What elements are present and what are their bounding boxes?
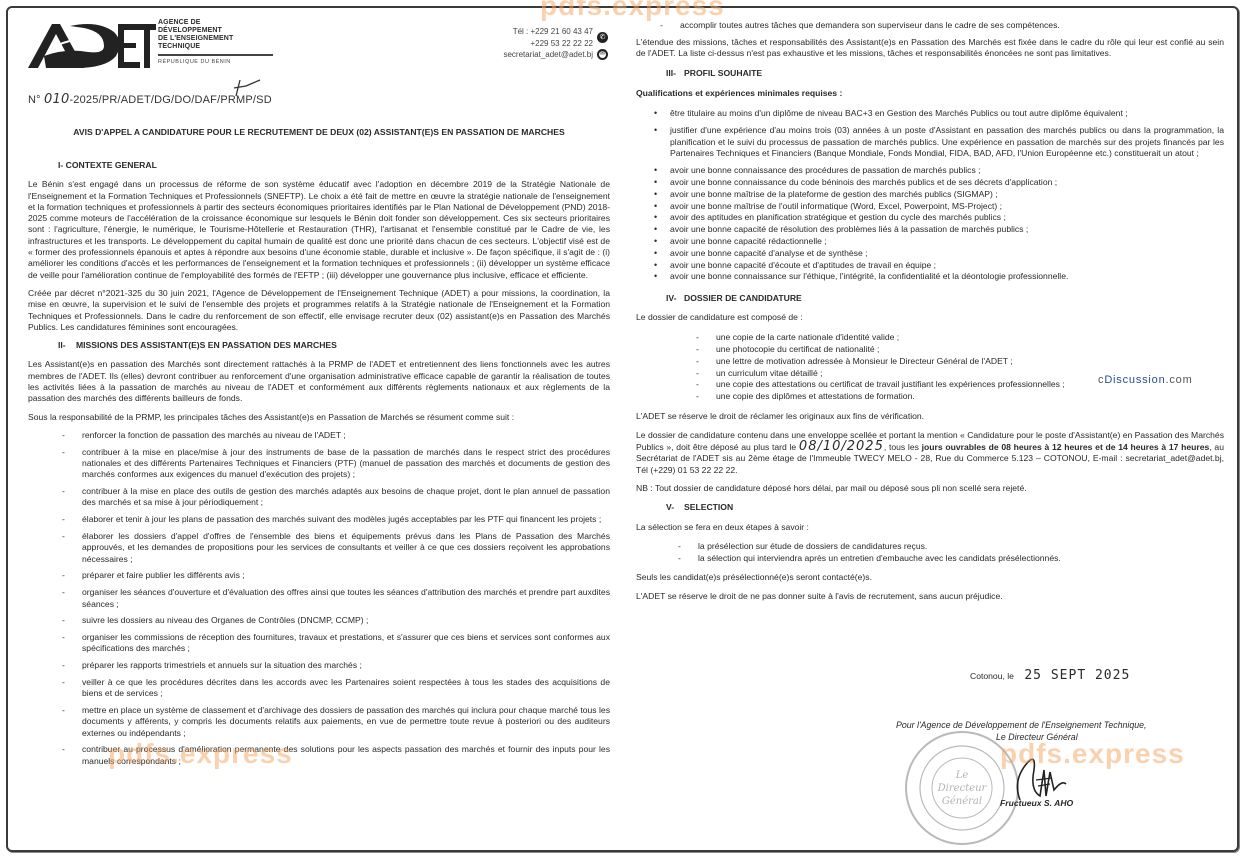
deposit-text-b: , tous les (884, 442, 919, 452)
watermark-left: pdfs.express (108, 738, 293, 770)
selection-item: la présélection sur étude de dossiers de… (678, 541, 1224, 552)
deposit-hours: jours ouvrables de 08 heures à 12 heures… (922, 442, 1210, 452)
qualification-item: avoir une bonne maîtrise de la plateform… (654, 189, 1224, 200)
qualification-item: être titulaire au moins d'un diplôme de … (654, 108, 1224, 119)
task-item: élaborer les dossiers d'appel d'offres d… (62, 531, 610, 565)
qualifications-subheading: Qualifications et expériences minimales … (636, 88, 1224, 99)
contact-note: Seuls les candidat(e)s présélectionné(e)… (636, 572, 1224, 583)
contact-phone-row: Tél : +229 21 60 43 47+229 53 22 22 22 ✆ (0, 26, 608, 49)
reference-prefix: N° (28, 94, 41, 106)
task-item: suivre les dossiers au niveau des Organe… (62, 615, 610, 626)
cdisc-main: Discussion (1104, 374, 1165, 386)
task-item: préparer et faire publier les différents… (62, 570, 610, 581)
section-1-number: I- (58, 160, 63, 170)
qualification-item: justifier d'une expérience d'au moins tr… (654, 125, 1224, 159)
section-2-number: II- (58, 340, 76, 351)
section-2-heading: II-MISSIONS DES ASSISTANT(E)S EN PASSATI… (58, 340, 610, 351)
watermark-right: pdfs.express (1000, 738, 1185, 770)
signature-date-stamp: 25 SEPT 2025 (1024, 668, 1130, 683)
originals-note: L'ADET se réserve le droit de réclamer l… (636, 411, 1224, 422)
task-item: renforcer la fonction de passation des m… (62, 430, 610, 441)
signature-line-agency: Pour l'Agence de Développement de l'Ense… (896, 720, 1206, 730)
reserve-note: L'ADET se réserve le droit de ne pas don… (636, 591, 1224, 602)
tasks-list: renforcer la fonction de passation des m… (62, 430, 610, 767)
task-item: préparer les rapports trimestriels et an… (62, 660, 610, 671)
qualification-item: avoir une bonne capacité de résolution d… (654, 224, 1224, 235)
section-1-paragraph-1: Le Bénin s'est engagé dans un processus … (28, 179, 610, 281)
section-5-title: SELECTION (684, 502, 733, 512)
section-4-title: DOSSIER DE CANDIDATURE (684, 293, 802, 303)
email-address: secretariat_adet@adet.bj (503, 49, 593, 61)
dossier-item: une photocopie du certificat de national… (696, 344, 1224, 355)
task-item: organiser les commissions de réception d… (62, 632, 610, 655)
qualification-item: avoir une bonne capacité d'écoute et d'a… (654, 260, 1224, 271)
task-item: organiser les séances d'ouverture et d'é… (62, 587, 610, 610)
cdisc-suffix: .com (1166, 374, 1193, 386)
section-1-title: CONTEXTE GENERAL (66, 160, 157, 170)
reference-number: N° 010-2025/PR/ADET/DG/DO/DAF/PRMP/SD (28, 92, 272, 107)
task-item: mettre en place un système de classement… (62, 705, 610, 739)
section-3-title: PROFIL SOUHAITE (684, 68, 762, 78)
phone-1: Tél : +229 21 60 43 47 (513, 27, 593, 36)
selection-intro: La sélection se fera en deux étapes à sa… (636, 522, 1224, 533)
right-column: accomplir toutes autres tâches que deman… (636, 20, 1224, 603)
section-1-paragraph-2: Créée par décret n°2021-325 du 30 juin 2… (28, 288, 610, 333)
qualification-item: avoir une bonne connaissance des procédu… (654, 165, 1224, 176)
dossier-item: une lettre de motivation adressée à Mons… (696, 356, 1224, 367)
cdiscussion-watermark: cDiscussion.com (1098, 374, 1193, 386)
contact-block: Tél : +229 21 60 43 47+229 53 22 22 22 ✆… (0, 26, 608, 61)
task-item: veiller à ce que les procédures décrites… (62, 677, 610, 700)
phone-icon: ✆ (597, 32, 608, 43)
nb-note: NB : Tout dossier de candidature déposé … (636, 483, 1224, 494)
dossier-item: une copie des diplômes et attestations d… (696, 391, 1224, 402)
task-item: contribuer à la mise en place/mise à jou… (62, 447, 610, 481)
qualification-item: avoir une bonne capacité rédactionnelle … (654, 236, 1224, 247)
dossier-intro: Le dossier de candidature est composé de… (636, 312, 1224, 323)
contact-email-row: secretariat_adet@adet.bj ✉ (0, 49, 608, 61)
phone-2: +229 53 22 22 22 (530, 39, 593, 48)
section-5-heading: V-SELECTION (666, 502, 1224, 513)
svg-text:Général: Général (942, 796, 982, 807)
reference-suffix: -2025/PR/ADET/DG/DO/DAF/PRMP/SD (69, 94, 271, 106)
qualifications-list: être titulaire au moins d'un diplôme de … (654, 108, 1224, 283)
section-3-number: III- (666, 68, 684, 79)
deposit-deadline-handwritten: 08/10/2025 (799, 439, 884, 454)
task-item: contribuer à la mise en place des outils… (62, 486, 610, 509)
svg-text:Directeur: Directeur (937, 783, 988, 794)
selection-item: la sélection qui interviendra après un e… (678, 553, 1224, 564)
reference-handwritten-number: 010 (44, 92, 69, 107)
section-5-number: V- (666, 502, 684, 513)
task-item: élaborer et tenir à jour les plans de pa… (62, 514, 610, 525)
section-4-heading: IV-DOSSIER DE CANDIDATURE (666, 293, 1224, 304)
qualification-item: avoir des aptitudes en planification str… (654, 212, 1224, 223)
dossier-list: une copie de la carte nationale d'identi… (696, 332, 1224, 402)
qualification-item: avoir une bonne capacité d'analyse et de… (654, 248, 1224, 259)
deposit-paragraph: Le dossier de candidature contenu dans u… (636, 430, 1224, 476)
tasks-list-continued: accomplir toutes autres tâches que deman… (660, 20, 1224, 31)
qualification-item: avoir une bonne maîtrise de l'outil info… (654, 201, 1224, 212)
notice-title: AVIS D'APPEL A CANDIDATURE POUR LE RECRU… (28, 127, 610, 137)
missions-scope-paragraph: L'étendue des missions, tâches et respon… (636, 37, 1224, 60)
section-4-number: IV- (666, 293, 684, 304)
section-2-paragraph-2: Sous la responsabilité de la PRMP, les p… (28, 412, 610, 423)
section-1-heading: I- CONTEXTE GENERAL (58, 160, 610, 171)
signature-place: Cotonou, le (970, 671, 1014, 681)
section-3-heading: III-PROFIL SOUHAITE (666, 68, 1224, 79)
svg-text:Le: Le (955, 770, 969, 781)
task-item: accomplir toutes autres tâches que deman… (660, 20, 1224, 31)
qualification-item: avoir une bonne connaissance du code bén… (654, 177, 1224, 188)
mail-icon: ✉ (597, 49, 608, 60)
section-2-title: MISSIONS DES ASSISTANT(E)S EN PASSATION … (76, 340, 337, 350)
section-2-paragraph-1: Les Assistant(e)s en passation des March… (28, 359, 610, 404)
place-and-date: Cotonou, le 25 SEPT 2025 (970, 668, 1130, 683)
watermark-top: pdfs.express (540, 0, 725, 22)
left-column: I- CONTEXTE GENERAL Le Bénin s'est engag… (28, 160, 610, 773)
signer-name: Fructueux S. AHO (1000, 798, 1073, 808)
dossier-item: une copie de la carte nationale d'identi… (696, 332, 1224, 343)
selection-list: la présélection sur étude de dossiers de… (678, 541, 1224, 564)
qualification-item: avoir une bonne connaissance sur l'éthiq… (654, 271, 1224, 282)
